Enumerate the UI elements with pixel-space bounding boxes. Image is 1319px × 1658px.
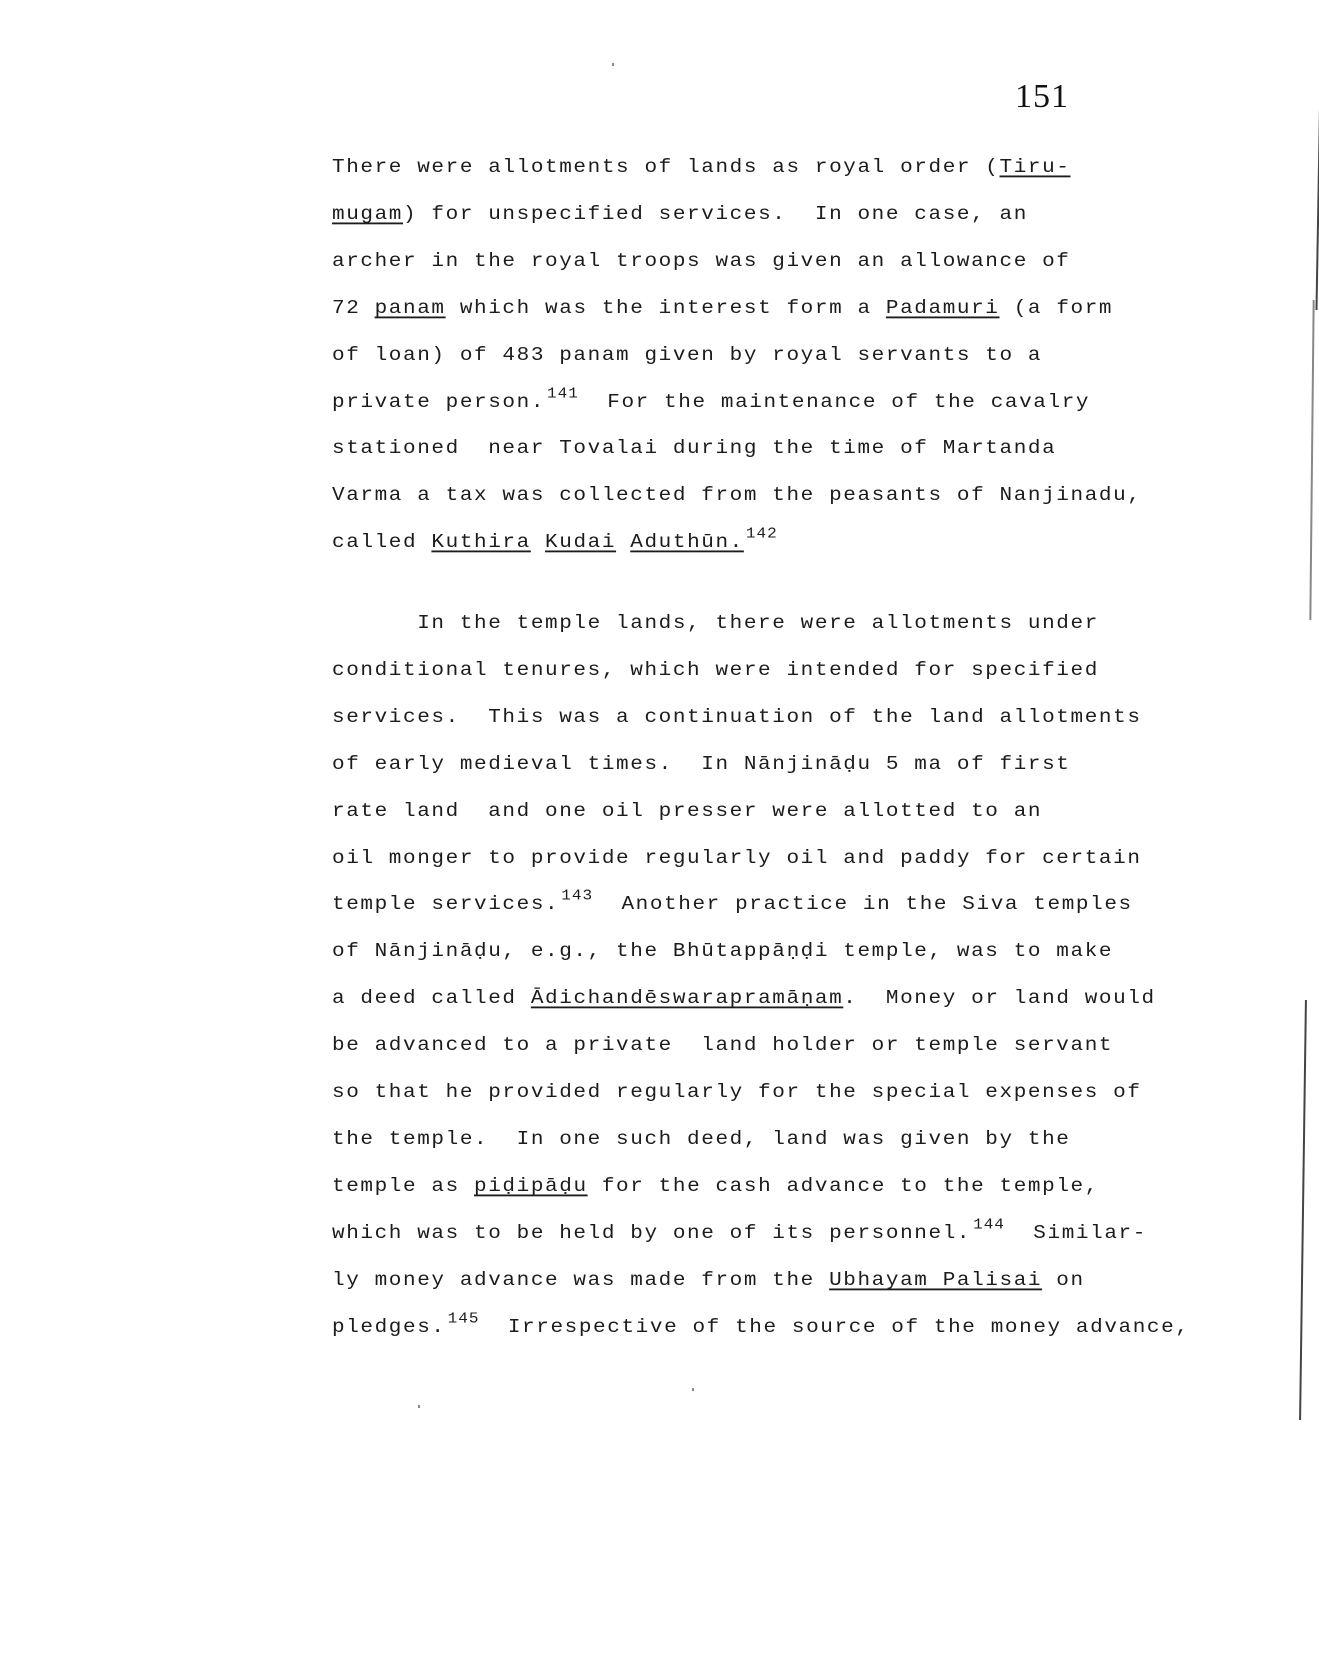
text-segment: archer in the royal troops was given an … [332,251,1071,272]
text-segment: of loan) of 483 panam given by royal ser… [332,345,1042,366]
text-segment: 72 [332,298,375,319]
text-segment: ) for unspecified services. In one case,… [403,204,1028,225]
text-segment: (a form [1000,298,1114,319]
text-segment: temple as [332,1176,474,1197]
footnote-ref: 143 [561,888,593,905]
text-line: Varma a tax was collected from the peasa… [332,486,1142,505]
text-line: which was to be held by one of its perso… [332,1224,1147,1243]
text-segment: ly money advance was made from the [332,1270,829,1291]
text-segment: Another practice in the Siva temples [593,894,1133,915]
text-segment: oil monger to provide regularly oil and … [332,848,1142,869]
text-segment: temple services. [332,894,559,915]
text-line: archer in the royal troops was given an … [332,252,1071,271]
text-line: mugam) for unspecified services. In one … [332,205,1028,224]
underlined-term: piḍipāḍu [474,1176,588,1197]
text-segment [531,532,545,553]
text-line: rate land and one oil presser were allot… [332,802,1042,821]
text-segment: of early medieval times. In Nānjināḍu 5 … [332,754,1071,775]
margin-rule [1309,300,1314,620]
footnote-ref: 144 [973,1216,1005,1233]
underlined-term: panam [375,298,446,319]
text-line: of early medieval times. In Nānjināḍu 5 … [332,755,1071,774]
text-line: oil monger to provide regularly oil and … [332,849,1142,868]
underlined-term: Tiru- [1000,157,1071,178]
text-segment: for the cash advance to the temple, [588,1176,1099,1197]
scan-speck [418,1405,420,1408]
text-segment: which was the interest form a [446,298,886,319]
text-segment: the temple. In one such deed, land was g… [332,1129,1071,1150]
text-segment: private person. [332,392,545,413]
underlined-term: Aduthūn. [630,532,744,553]
text-segment: conditional tenures, which were intended… [332,660,1099,681]
scan-speck [692,1388,694,1391]
text-segment: which was to be held by one of its perso… [332,1223,971,1244]
text-line: be advanced to a private land holder or … [332,1036,1113,1055]
underlined-term: mugam [332,204,403,225]
text-segment: services. This was a continuation of the… [332,707,1142,728]
text-segment: Irrespective of the source of the money … [479,1317,1189,1338]
text-line: private person.141 For the maintenance o… [332,393,1090,412]
margin-rule [1315,20,1319,310]
text-segment: on [1042,1270,1085,1291]
underlined-term: Padamuri [886,298,1000,319]
underlined-term: Ubhayam Palisai [829,1270,1042,1291]
text-line: of Nānjināḍu, e.g., the Bhūtappāṇḍi temp… [332,942,1113,961]
text-line: the temple. In one such deed, land was g… [332,1130,1071,1149]
footnote-ref: 142 [746,526,778,543]
page-number: 151 [1015,78,1069,116]
text-line: pledges.145 Irrespective of the source o… [332,1318,1190,1337]
text-segment: . Money or land would [843,988,1155,1009]
text-line: of loan) of 483 panam given by royal ser… [332,346,1042,365]
text-line: a deed called Ādichandēswarapramāṇam. Mo… [332,989,1156,1008]
text-line: so that he provided regularly for the sp… [332,1083,1142,1102]
text-line: There were allotments of lands as royal … [332,158,1071,177]
text-line: ly money advance was made from the Ubhay… [332,1271,1085,1290]
text-segment: a deed called [332,988,531,1009]
text-segment: so that he provided regularly for the sp… [332,1082,1142,1103]
text-line: In the temple lands, there were allotmen… [332,614,1099,633]
text-segment: of Nānjināḍu, e.g., the Bhūtappāṇḍi temp… [332,941,1113,962]
underlined-term: Kudai [545,532,616,553]
text-segment: There were allotments of lands as royal … [332,157,1000,178]
text-segment [616,532,630,553]
text-line: temple as piḍipāḍu for the cash advance … [332,1177,1099,1196]
text-segment: For the maintenance of the cavalry [579,392,1090,413]
text-segment: stationed near Tovalai during the time o… [332,438,1056,459]
text-line: stationed near Tovalai during the time o… [332,439,1056,458]
footnote-ref: 145 [448,1310,480,1327]
margin-rule [1299,1000,1306,1420]
footnote-ref: 141 [547,385,579,402]
text-segment: called [332,532,431,553]
text-segment: pledges. [332,1317,446,1338]
text-line: services. This was a continuation of the… [332,708,1142,727]
text-line: conditional tenures, which were intended… [332,661,1099,680]
scan-speck [612,63,614,66]
text-segment: rate land and one oil presser were allot… [332,801,1042,822]
text-segment: be advanced to a private land holder or … [332,1035,1113,1056]
text-segment: Similar- [1005,1223,1147,1244]
text-line: called Kuthira Kudai Aduthūn.142 [332,533,778,552]
text-segment: Varma a tax was collected from the peasa… [332,485,1142,506]
text-line: temple services.143 Another practice in … [332,895,1133,914]
underlined-term: Ādichandēswarapramāṇam [531,988,843,1009]
text-line: 72 panam which was the interest form a P… [332,299,1113,318]
text-segment: In the temple lands, there were allotmen… [332,613,1099,634]
underlined-term: Kuthira [431,532,530,553]
